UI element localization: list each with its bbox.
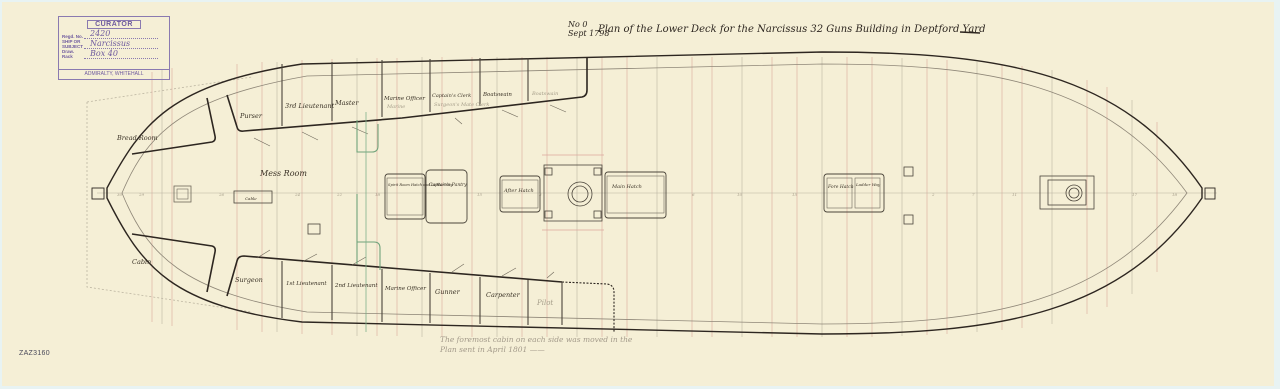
svg-text:18: 18 [1172,192,1178,197]
svg-text:15: 15 [477,192,483,197]
label-purser: Purser [239,112,263,120]
stamp-row-rack: Draw. Rack Box 40 [59,50,169,59]
svg-text:11: 11 [1012,192,1017,197]
annotation-line-1: The foremost cabin on each side was move… [440,335,760,345]
label-boatswain: Boatswain [482,92,512,98]
curator-stamp: CURATOR Regd. No. 2420 SHIP OR SUBJECT N… [58,16,170,80]
label-surgeon: Surgeon [235,276,263,284]
deck-plan-drawing: 302926 242218 1586 10152 71117 18 Bread … [2,2,1274,386]
label-captains-pantry: Captain's Pantry [429,182,467,188]
label-bread-room: Bread Room [116,134,158,142]
frame-lines [152,57,1157,337]
annotation-note: The foremost cabin on each side was move… [440,335,760,355]
faint-label-marine: Marine [386,104,405,110]
label-fore-hatch: Fore Hatch [827,184,854,190]
plan-title: Plan of the Lower Deck for the Narcissus… [598,24,986,35]
svg-text:30: 30 [117,192,123,197]
label-master: Master [334,99,359,107]
label-after-hatch: After Hatch [503,188,534,194]
stamp-row-regd: Regd. No. 2420 [59,30,169,39]
svg-text:26: 26 [218,192,225,197]
label-gunner: Gunner [435,288,461,296]
label-marine-officer-top: Marine Officer [383,96,425,102]
stamp-header: CURATOR [87,20,141,29]
svg-text:22: 22 [336,192,343,197]
label-main-hatch: Main Hatch [611,184,642,190]
svg-text:18: 18 [375,192,381,197]
faint-label-boatswain: Boatswain [531,91,558,97]
annotation-line-2: Plan sent in April 1801 —— [440,345,760,355]
svg-text:10: 10 [737,192,743,197]
plan-sheet: 302926 242218 1586 10152 71117 18 Bread … [2,2,1274,386]
stamp-footer: ADMIRALTY, WHITEHALL [59,69,169,77]
svg-text:24: 24 [294,192,301,197]
label-ladder-way: Ladder Way [855,182,881,187]
catalogue-code: ZAZ3160 [19,350,50,357]
stamp-row-ship: SHIP OR SUBJECT Narcissus [59,40,169,49]
label-cable: Cable [245,196,257,201]
svg-text:2: 2 [931,192,935,197]
svg-text:15: 15 [792,192,798,197]
label-marine-officer-bottom: Marine Officer [384,286,426,292]
svg-text:17: 17 [1132,192,1138,197]
faint-label-surgeons-mate: Surgeon's Mate Clerk [434,102,489,108]
svg-text:29: 29 [138,192,145,197]
label-2nd-lieutenant: 2nd Lieutenant [334,283,378,289]
label-carpenter: Carpenter [486,291,521,299]
label-cabin: Cabin [132,258,151,266]
label-1st-lieutenant: 1st Lieutenant [286,281,327,287]
label-3rd-lieutenant: 3rd Lieutenant [285,102,335,110]
label-pilot: Pilot [536,299,553,307]
label-mess-room: Mess Room [259,169,307,178]
label-captains-clerk: Captain's Clerk [432,93,471,99]
